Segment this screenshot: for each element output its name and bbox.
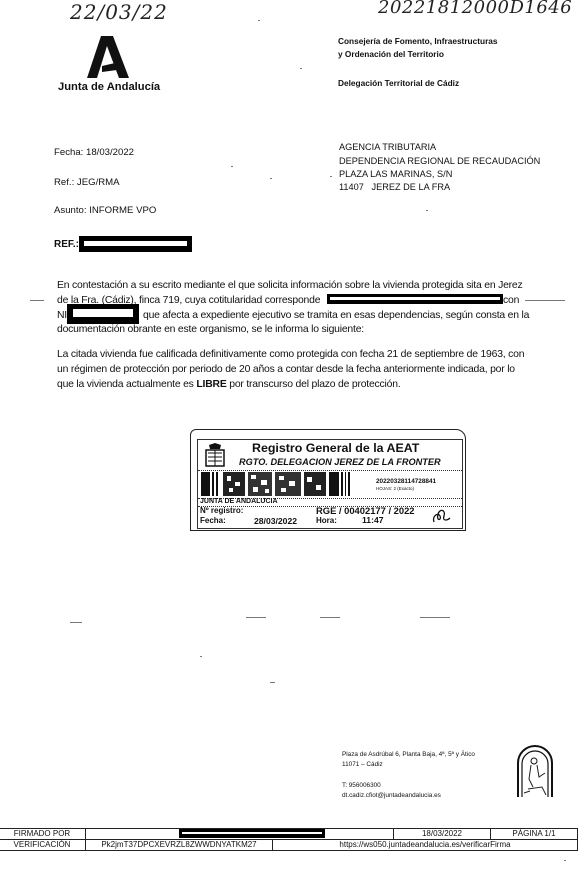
- ref-label: REF.:: [54, 239, 79, 250]
- recipient-line-4: 11407 JEREZ DE LA FRA: [339, 182, 450, 192]
- body-p1-line-3: que afecta a expediente ejecutivo se tra…: [143, 310, 529, 321]
- redacted-nif: [67, 304, 139, 324]
- body-p1-line-1: En contestación a su escrito mediante el…: [57, 280, 523, 291]
- p2-pre: que la vivienda actualmente es: [57, 379, 196, 390]
- stamp-title: Registro General de la AEAT: [252, 441, 419, 455]
- barcode-icon: [201, 472, 357, 496]
- firmado-signer: [86, 829, 394, 840]
- stamp-divider-1: [198, 470, 462, 471]
- body-p2-line-1: La citada vivienda fue calificada defini…: [57, 349, 524, 360]
- firmado-row: FIRMADO POR 18/03/2022 PÁGINA 1/1: [0, 829, 578, 840]
- signature-footer: FIRMADO POR 18/03/2022 PÁGINA 1/1 VERIFI…: [0, 828, 578, 851]
- recipient-line-1: AGENCIA TRIBUTARIA: [339, 142, 436, 152]
- handwritten-entry-number: 20221812000D1646: [378, 0, 572, 18]
- body-p2-line-3: que la vivienda actualmente es LIBRE por…: [57, 379, 401, 390]
- verificacion-label: VERIFICACIÓN: [0, 840, 86, 851]
- firmado-label: FIRMADO POR: [0, 829, 86, 840]
- junta-a-logo-icon: [83, 36, 133, 80]
- registro-label: Nº registro:: [200, 506, 243, 515]
- hora-label: Hora:: [316, 516, 337, 525]
- redacted-ref: [79, 236, 192, 252]
- verificacion-row: VERIFICACIÓN Pk2jmT37DPCXEVRZL8ZWWDNYATK…: [0, 840, 578, 851]
- stamp-inner-box: Registro General de la AEAT RGTO. DELEGA…: [197, 439, 463, 529]
- fecha-label: Fecha:: [200, 516, 226, 525]
- department-line-2: y Ordenación del Territorio: [338, 49, 444, 59]
- body-p1-line-4: documentación obrante en este organismo,…: [57, 324, 364, 335]
- contact-phone: T: 956006300: [342, 782, 381, 789]
- page-number: PÁGINA 1/1: [491, 829, 578, 840]
- recipient-line-3: PLAZA LAS MARINAS, S/N: [339, 169, 452, 179]
- handwritten-date: 22/03/22: [70, 0, 168, 24]
- sheets-count: HOJAS: 2 (Exacto): [376, 486, 414, 491]
- body-p1-line-2-end: con: [503, 295, 519, 306]
- body-p2-line-2: un régimen de protección por periodo de …: [57, 364, 515, 375]
- signature-scribble-icon: [430, 506, 452, 524]
- redacted-signer: [179, 829, 325, 838]
- delegation: Delegación Territorial de Cádiz: [338, 78, 459, 88]
- barcode-number: 20220328114728841: [376, 478, 436, 485]
- verification-code: Pk2jmT37DPCXEVRZL8ZWWDNYATKM27: [86, 840, 273, 851]
- redacted-owners: [327, 294, 503, 304]
- contact-address-1: Plaza de Asdrúbal 6, Planta Baja, 4ª, 5ª…: [342, 751, 475, 758]
- aeat-registry-stamp: Registro General de la AEAT RGTO. DELEGA…: [190, 429, 466, 531]
- recipient-line-2: DEPENDENCIA REGIONAL DE RECAUDACIÓN: [339, 156, 540, 166]
- stamp-origin: JUNTA DE ANDALUCIA: [200, 498, 278, 505]
- logo-text: Junta de Andalucía: [58, 81, 160, 93]
- signature-date: 18/03/2022: [394, 829, 491, 840]
- stamp-subtitle: RGTO. DELEGACION JEREZ DE LA FRONTER: [239, 457, 441, 467]
- asunto: Asunto: INFORME VPO: [54, 205, 156, 216]
- contact-email: dt.cadiz.cfiot@juntadeandalucia.es: [342, 792, 441, 799]
- ref: Ref.: JEG/RMA: [54, 177, 120, 188]
- verification-url[interactable]: https://ws050.juntadeandalucia.es/verifi…: [273, 840, 578, 851]
- contact-address-2: 11071 – Cádiz: [342, 761, 383, 768]
- department-line-1: Consejería de Fomento, Infraestructuras: [338, 36, 498, 46]
- coat-of-arms-icon: [203, 443, 227, 469]
- fecha-value: 28/03/2022: [254, 516, 297, 526]
- p2-post: por transcurso del plazo de protección.: [227, 379, 401, 390]
- andalucia-emblem-icon: [516, 743, 554, 797]
- junta-logo: Junta de Andalucía: [58, 36, 158, 96]
- hora-value: 11:47: [362, 515, 384, 525]
- libre-status: LIBRE: [196, 379, 226, 390]
- body-p1-line-3-start: NI: [57, 310, 67, 321]
- fecha: Fecha: 18/03/2022: [54, 147, 134, 158]
